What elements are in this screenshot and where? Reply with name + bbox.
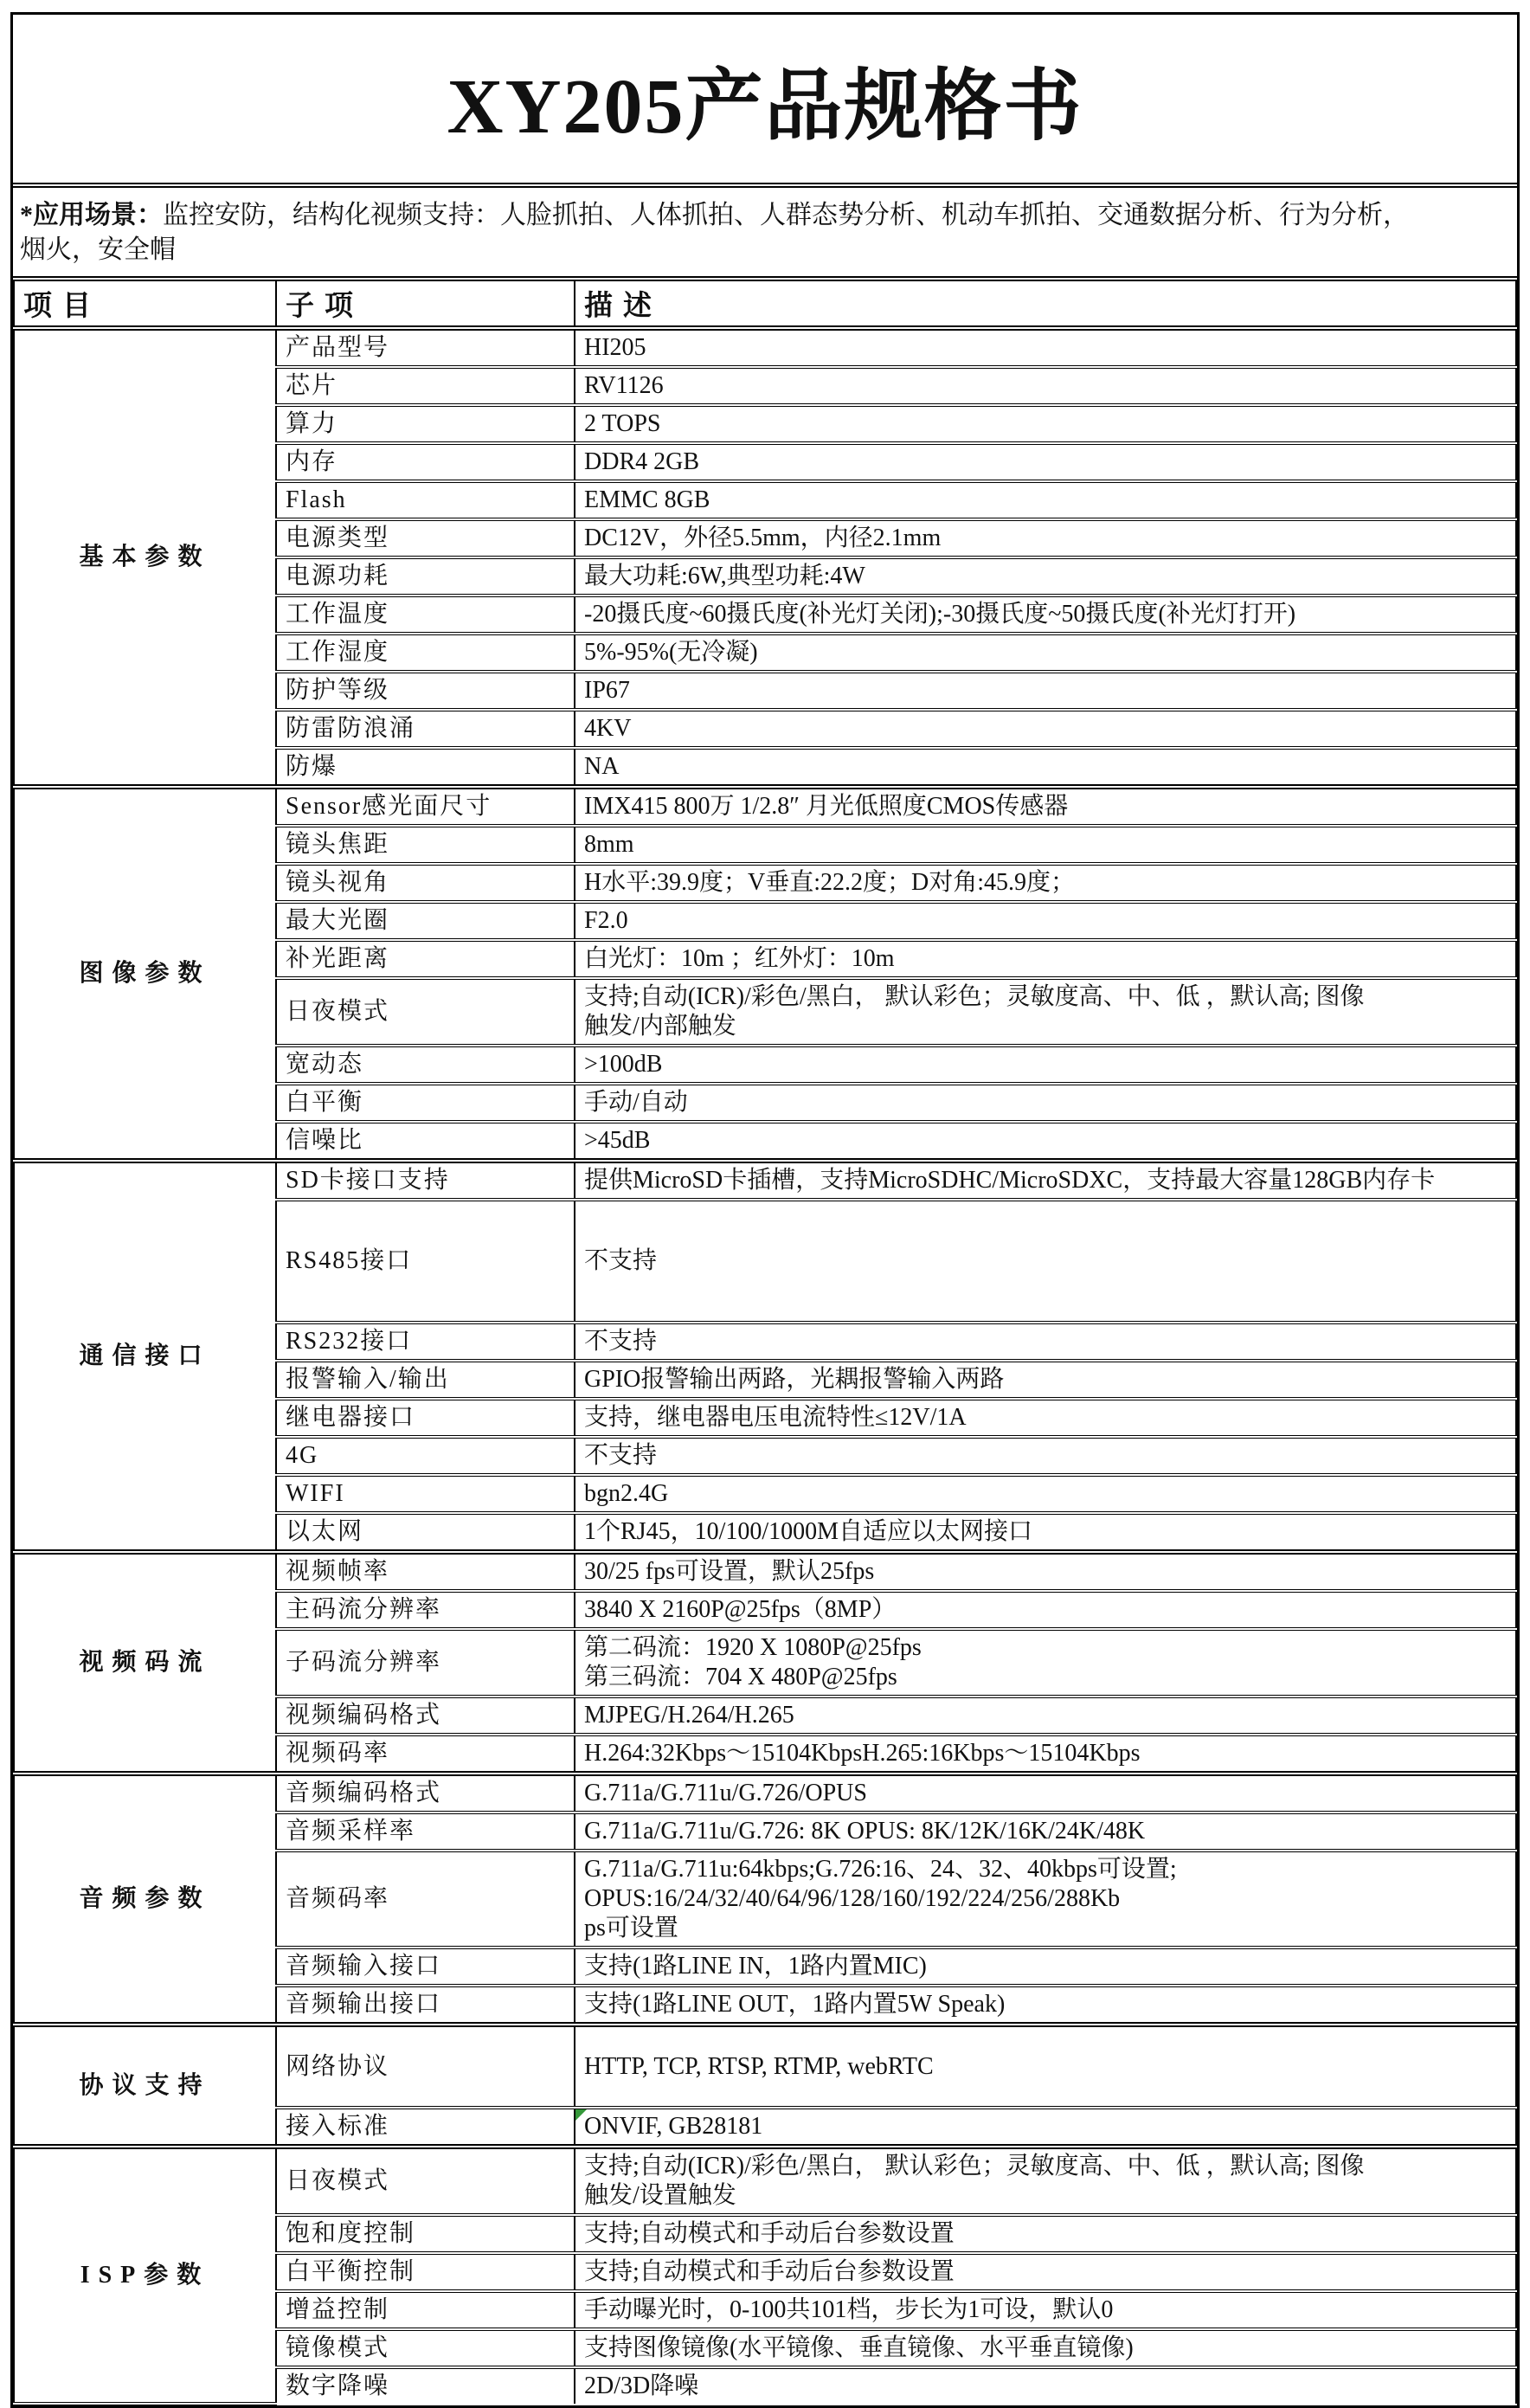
- description-cell: HTTP, TCP, RTSP, RTMP, webRTC: [575, 2025, 1516, 2108]
- sub-item-cell: 视频编码格式: [276, 1697, 575, 1735]
- description-cell: 30/25 fps可设置，默认25fps: [575, 1552, 1516, 1591]
- description-cell: 第二码流：1920 X 1080P@25fps 第三码流：704 X 480P@…: [575, 1629, 1516, 1697]
- sub-item-cell: 信噪比: [276, 1122, 575, 1161]
- description-cell: HI205: [575, 328, 1516, 367]
- description-cell: 支持;自动(ICR)/彩色/黑白， 默认彩色；灵敏度高、中、低 ，默认高; 图像…: [575, 978, 1516, 1046]
- description-cell: G.711a/G.711u:64kbps;G.726:16、24、32、40kb…: [575, 1851, 1516, 1948]
- description-cell: 2D/3D降噪: [575, 2367, 1516, 2404]
- description-cell: H.264:32Kbps～15104KbpsH.265:16Kbps～15104…: [575, 1735, 1516, 1774]
- sub-item-cell: 子码流分辨率: [276, 1629, 575, 1697]
- description-cell: 支持(1路LINE IN，1路内置MIC): [575, 1948, 1516, 1986]
- section-protocol-support: 协议支持: [14, 2025, 276, 2147]
- description-cell: IP67: [575, 672, 1516, 710]
- description-cell: 支持图像镜像(水平镜像、垂直镜像、水平垂直镜像): [575, 2329, 1516, 2367]
- spec-row: 基本参数 产品型号 HI205: [14, 328, 1516, 367]
- description-cell: 3840 X 2160P@25fps（8MP）: [575, 1591, 1516, 1629]
- sub-item-cell: 数字降噪: [276, 2367, 575, 2404]
- description-cell: NA: [575, 748, 1516, 787]
- sub-item-cell: 音频编码格式: [276, 1774, 575, 1812]
- cell-comment-marker-icon: [575, 2109, 587, 2121]
- description-text: ONVIF, GB28181: [584, 2113, 762, 2140]
- description-cell: ONVIF, GB28181: [575, 2108, 1516, 2147]
- sub-item-cell: 电源功耗: [276, 557, 575, 596]
- section-comm-interfaces: 通信接口: [14, 1161, 276, 1552]
- description-cell: >45dB: [575, 1122, 1516, 1161]
- description-cell: 不支持: [575, 1323, 1516, 1361]
- scenario-text: 监控安防，结构化视频支持：人脸抓拍、人体抓拍、人群态势分析、机动车抓拍、交通数据…: [20, 201, 1409, 264]
- spec-row: 协议支持 网络协议 HTTP, TCP, RTSP, RTMP, webRTC: [14, 2025, 1516, 2108]
- sub-item-cell: 内存: [276, 443, 575, 481]
- description-cell: 支持;自动模式和手动后台参数设置: [575, 2253, 1516, 2291]
- sub-item-cell: 网络协议: [276, 2025, 575, 2108]
- sub-item-cell: 日夜模式: [276, 2147, 575, 2215]
- column-header-description: 描述: [575, 281, 1516, 328]
- sub-item-cell: 电源类型: [276, 519, 575, 557]
- description-cell: 支持;自动模式和手动后台参数设置: [575, 2215, 1516, 2253]
- sub-item-cell: WIFI: [276, 1475, 575, 1513]
- description-cell: RV1126: [575, 367, 1516, 405]
- sub-item-cell: Flash: [276, 481, 575, 519]
- sub-item-cell: 音频输入接口: [276, 1948, 575, 1986]
- description-cell: 8mm: [575, 826, 1516, 864]
- sub-item-cell: 饱和度控制: [276, 2215, 575, 2253]
- spec-row: ISP参数 日夜模式 支持;自动(ICR)/彩色/黑白， 默认彩色；灵敏度高、中…: [14, 2147, 1516, 2215]
- description-cell: 白光灯：10m ；红外灯：10m: [575, 940, 1516, 978]
- sub-item-cell: 白平衡控制: [276, 2253, 575, 2291]
- spec-row: 音频参数 音频编码格式 G.711a/G.711u/G.726/OPUS: [14, 1774, 1516, 1812]
- description-cell: G.711a/G.711u/G.726/OPUS: [575, 1774, 1516, 1812]
- sub-item-cell: 增益控制: [276, 2291, 575, 2329]
- spec-row: 图像参数 Sensor感光面尺寸 IMX415 800万 1/2.8″ 月光低照…: [14, 787, 1516, 826]
- sub-item-cell: SD卡接口支持: [276, 1161, 575, 1200]
- description-cell: MJPEG/H.264/H.265: [575, 1697, 1516, 1735]
- sub-item-cell: 镜像模式: [276, 2329, 575, 2367]
- description-cell: bgn2.4G: [575, 1475, 1516, 1513]
- header-row: 项目 子项 描述: [14, 281, 1516, 328]
- title-block: XY205产品规格书: [13, 15, 1517, 188]
- description-cell: 手动/自动: [575, 1084, 1516, 1122]
- spec-sheet-page: { "title": "XY205产品规格书", "scenario": { "…: [0, 0, 1530, 2154]
- sub-item-cell: 工作温度: [276, 596, 575, 634]
- spec-row: 通信接口 SD卡接口支持 提供MicroSD卡插槽，支持MicroSDHC/Mi…: [14, 1161, 1516, 1200]
- description-cell: H水平:39.9度；V垂直:22.2度；D对角:45.9度；: [575, 864, 1516, 902]
- section-isp-params: ISP参数: [14, 2147, 276, 2404]
- spec-row: 视频码流 视频帧率 30/25 fps可设置，默认25fps: [14, 1552, 1516, 1591]
- sub-item-cell: Sensor感光面尺寸: [276, 787, 575, 826]
- description-cell: 手动曝光时，0-100共101档，步长为1可设，默认0: [575, 2291, 1516, 2329]
- column-header-subitem: 子项: [276, 281, 575, 328]
- sub-item-cell: 视频帧率: [276, 1552, 575, 1591]
- description-cell: 最大功耗:6W,典型功耗:4W: [575, 557, 1516, 596]
- sub-item-cell: 防爆: [276, 748, 575, 787]
- sub-item-cell: RS232接口: [276, 1323, 575, 1361]
- description-cell: 支持，继电器电压电流特性≤12V/1A: [575, 1399, 1516, 1437]
- sub-item-cell: 4G: [276, 1437, 575, 1475]
- sub-item-cell: 白平衡: [276, 1084, 575, 1122]
- description-cell: 1个RJ45，10/100/1000M自适应以太网接口: [575, 1513, 1516, 1552]
- description-cell: IMX415 800万 1/2.8″ 月光低照度CMOS传感器: [575, 787, 1516, 826]
- section-video-stream: 视频码流: [14, 1552, 276, 1774]
- description-cell: GPIO报警输出两路，光耦报警输入两路: [575, 1361, 1516, 1399]
- description-cell: F2.0: [575, 902, 1516, 940]
- page-title: XY205产品规格书: [447, 42, 1083, 155]
- sub-item-cell: 镜头视角: [276, 864, 575, 902]
- description-cell: G.711a/G.711u/G.726: 8K OPUS: 8K/12K/16K…: [575, 1812, 1516, 1851]
- description-cell: 支持;自动(ICR)/彩色/黑白， 默认彩色；灵敏度高、中、低 ，默认高; 图像…: [575, 2147, 1516, 2215]
- sub-item-cell: 工作湿度: [276, 634, 575, 672]
- sub-item-cell: 产品型号: [276, 328, 575, 367]
- sub-item-cell: 防护等级: [276, 672, 575, 710]
- description-cell: DC12V，外径5.5mm，内径2.1mm: [575, 519, 1516, 557]
- description-cell: 4KV: [575, 710, 1516, 748]
- sub-item-cell: 音频输出接口: [276, 1986, 575, 2025]
- description-cell: >100dB: [575, 1046, 1516, 1084]
- sub-item-cell: 芯片: [276, 367, 575, 405]
- description-cell: DDR4 2GB: [575, 443, 1516, 481]
- sub-item-cell: 以太网: [276, 1513, 575, 1552]
- description-cell: 2 TOPS: [575, 405, 1516, 443]
- description-cell: 提供MicroSD卡插槽，支持MicroSDHC/MicroSDXC，支持最大容…: [575, 1161, 1516, 1200]
- section-basic-params: 基本参数: [14, 328, 276, 787]
- sub-item-cell: 镜头焦距: [276, 826, 575, 864]
- description-cell: 5%-95%(无冷凝): [575, 634, 1516, 672]
- description-cell: 不支持: [575, 1200, 1516, 1323]
- section-audio-params: 音频参数: [14, 1774, 276, 2025]
- description-cell: 不支持: [575, 1437, 1516, 1475]
- sub-item-cell: 报警输入/输出: [276, 1361, 575, 1399]
- scenario-label: *应用场景：: [20, 201, 163, 229]
- sub-item-cell: 防雷防浪涌: [276, 710, 575, 748]
- sub-item-cell: 宽动态: [276, 1046, 575, 1084]
- spec-document: XY205产品规格书 *应用场景：监控安防，结构化视频支持：人脸抓拍、人体抓拍、…: [10, 12, 1520, 2408]
- sub-item-cell: 补光距离: [276, 940, 575, 978]
- sub-item-cell: 视频码率: [276, 1735, 575, 1774]
- sub-item-cell: 继电器接口: [276, 1399, 575, 1437]
- spec-table: 项目 子项 描述 基本参数 产品型号 HI205 芯片RV1126 算力2 TO…: [13, 281, 1517, 2405]
- sub-item-cell: 音频采样率: [276, 1812, 575, 1851]
- description-cell: EMMC 8GB: [575, 481, 1516, 519]
- sub-item-cell: 最大光圈: [276, 902, 575, 940]
- column-header-item: 项目: [14, 281, 276, 328]
- application-scenario: *应用场景：监控安防，结构化视频支持：人脸抓拍、人体抓拍、人群态势分析、机动车抓…: [13, 188, 1517, 281]
- sub-item-cell: 算力: [276, 405, 575, 443]
- sub-item-cell: 日夜模式: [276, 978, 575, 1046]
- sub-item-cell: RS485接口: [276, 1200, 575, 1323]
- sub-item-cell: 接入标准: [276, 2108, 575, 2147]
- section-image-params: 图像参数: [14, 787, 276, 1161]
- sub-item-cell: 音频码率: [276, 1851, 575, 1948]
- description-cell: -20摄氏度~60摄氏度(补光灯关闭);-30摄氏度~50摄氏度(补光灯打开): [575, 596, 1516, 634]
- sub-item-cell: 主码流分辨率: [276, 1591, 575, 1629]
- description-cell: 支持(1路LINE OUT，1路内置5W Speak): [575, 1986, 1516, 2025]
